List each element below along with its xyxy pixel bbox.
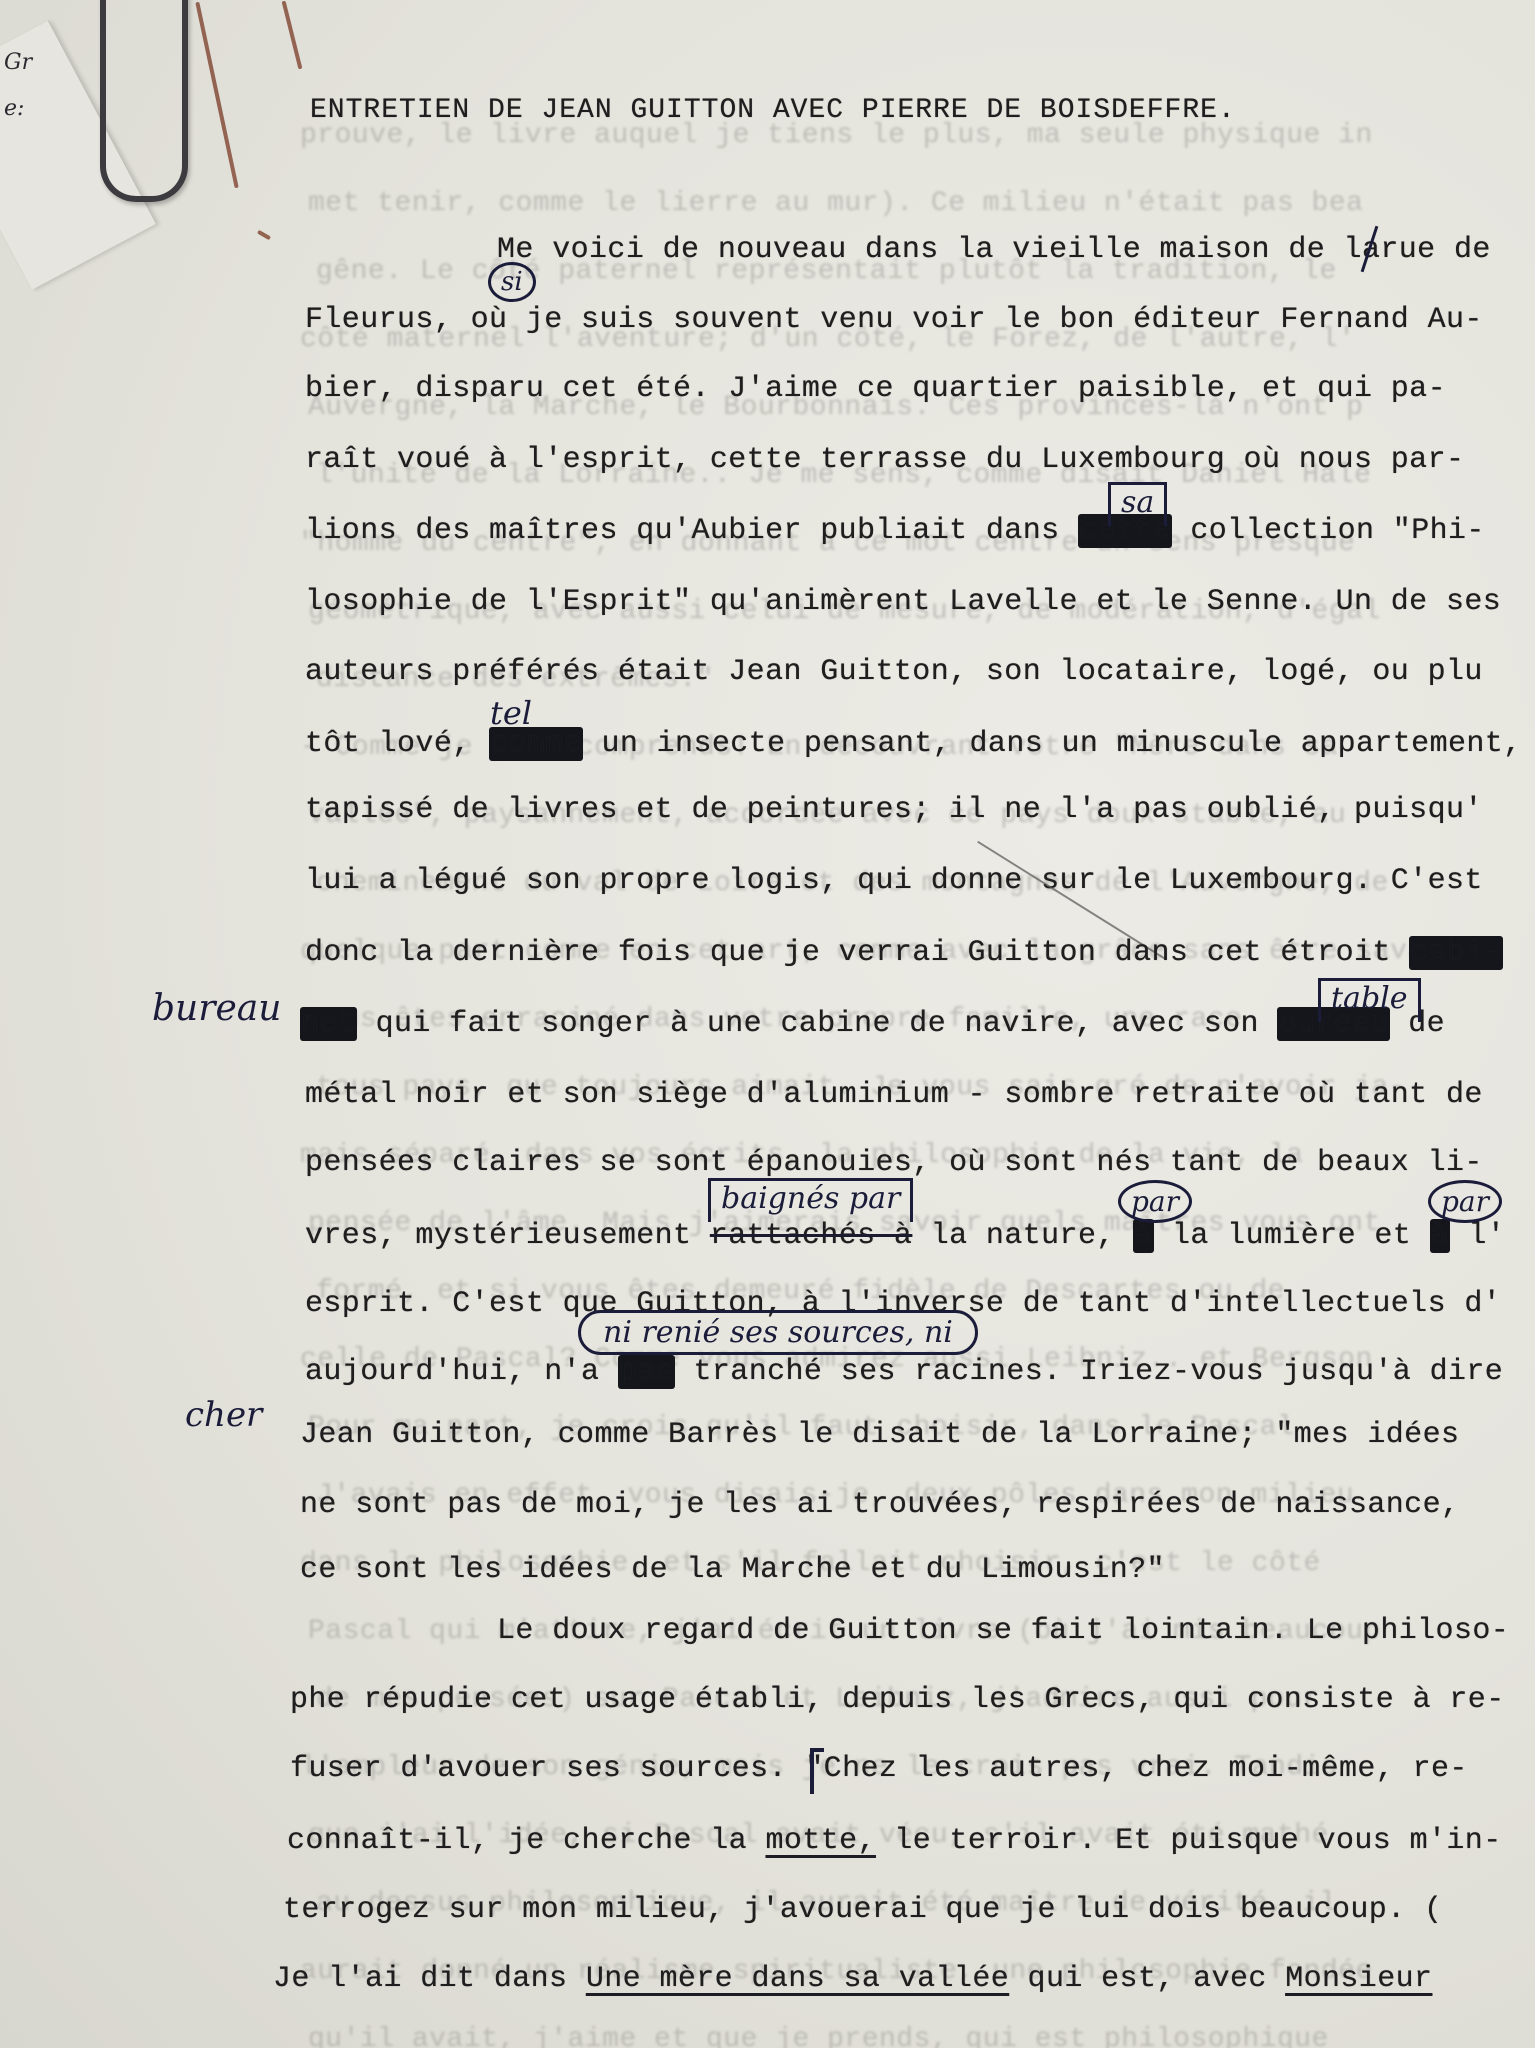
handwritten-insert-table: table	[1318, 978, 1421, 1022]
book-title-underlined: Une mère dans sa vallée	[586, 1962, 1009, 1996]
handwritten-margin-bureau: bureau	[152, 988, 281, 1029]
struck-word: comme	[489, 727, 583, 761]
bleed-through-line: qu'il avait, j'aime et que je prends, qu…	[308, 2024, 1329, 2048]
struck-word: cabi-	[1409, 936, 1503, 970]
bracket-mark	[810, 1748, 814, 1794]
struck-word: pas	[618, 1355, 675, 1389]
typed-line: net qui fait songer à une cabine de navi…	[300, 1007, 1445, 1041]
typed-line: vres, mystérieusement rattachés à la nat…	[305, 1219, 1505, 1253]
corner-scribble: Gr e:	[4, 40, 32, 132]
document-title: ENTRETIEN DE JEAN GUITTON AVEC PIERRE DE…	[310, 95, 1236, 126]
bleed-through-line: met tenir, comme le lierre au mur). Ce m…	[308, 188, 1363, 219]
typed-line: lions des maîtres qu'Aubier publiait dan…	[305, 514, 1485, 548]
handwritten-insert-ni-renie: ni renié ses sources, ni	[578, 1310, 978, 1355]
handwritten-insert-si: si	[488, 262, 536, 302]
paperclip-icon	[100, 0, 188, 202]
typed-line: métal noir et son siège d'aluminium - so…	[305, 1078, 1483, 1112]
typed-line: phe répudie cet usage établi, depuis les…	[290, 1683, 1505, 1717]
handwritten-insert-par: par	[1428, 1180, 1502, 1223]
handwritten-margin-cher: cher	[185, 1395, 262, 1435]
typed-line: Le doux regard de Guitton se fait lointa…	[497, 1614, 1509, 1648]
underlined-word: motte,	[765, 1824, 875, 1858]
typed-line: ne sont pas de moi, je les ai trouvées, …	[300, 1488, 1459, 1522]
typed-line: Jean Guitton, comme Barrès le disait de …	[300, 1418, 1459, 1452]
handwritten-insert-par: par	[1118, 1180, 1192, 1223]
typed-line: Je l'ai dit dans Une mère dans sa vallée…	[273, 1962, 1432, 1996]
handwritten-insert-sa: sa	[1108, 482, 1167, 526]
typed-line: bier, disparu cet été. J'aime ce quartie…	[305, 372, 1446, 406]
typed-line: Me voici de nouveau dans la vieille mais…	[497, 233, 1491, 267]
handwritten-insert-baignes-par: baignés par	[708, 1178, 913, 1222]
typed-line: lui a légué son propre logis, qui donne …	[305, 864, 1483, 898]
typed-line: fuser d'avouer ses sources. "Chez les au…	[290, 1752, 1468, 1786]
struck-word: à	[1133, 1219, 1153, 1253]
handwritten-insert-tel: tel	[490, 694, 532, 732]
typed-line: donc la dernière fois que je verrai Guit…	[305, 936, 1503, 970]
typed-line: Fleurus, où je suis souvent venu voir le…	[305, 303, 1483, 337]
struck-letter: a	[1362, 233, 1380, 267]
struck-word: rattachés à	[710, 1219, 912, 1253]
bracket-mark	[810, 1748, 824, 1752]
typed-line: aujourd'hui, n'a pas tranché ses racines…	[305, 1355, 1503, 1389]
struck-word: à	[1430, 1219, 1450, 1253]
typed-line: connaît-il, je cherche la motte, le terr…	[287, 1824, 1502, 1858]
typed-line: ce sont les idées de la Marche et du Lim…	[300, 1553, 1165, 1587]
typed-line: terrogez sur mon milieu, j'avouerai que …	[283, 1893, 1442, 1927]
typed-line: tapissé de livres et de peintures; il ne…	[305, 793, 1483, 827]
typed-line: tôt lové, comme un insecte pensant, dans…	[305, 727, 1522, 761]
typed-line: pensées claires se sont épanouies, où so…	[305, 1146, 1483, 1180]
book-title-underlined: Monsieur	[1285, 1962, 1432, 1996]
struck-word: net	[300, 1007, 357, 1041]
typed-line: losophie de l'Esprit" qu'animèrent Lavel…	[305, 585, 1501, 619]
typed-line: raît voué à l'esprit, cette terrasse du …	[305, 443, 1464, 477]
typed-line: auteurs préférés était Jean Guitton, son…	[305, 655, 1483, 689]
